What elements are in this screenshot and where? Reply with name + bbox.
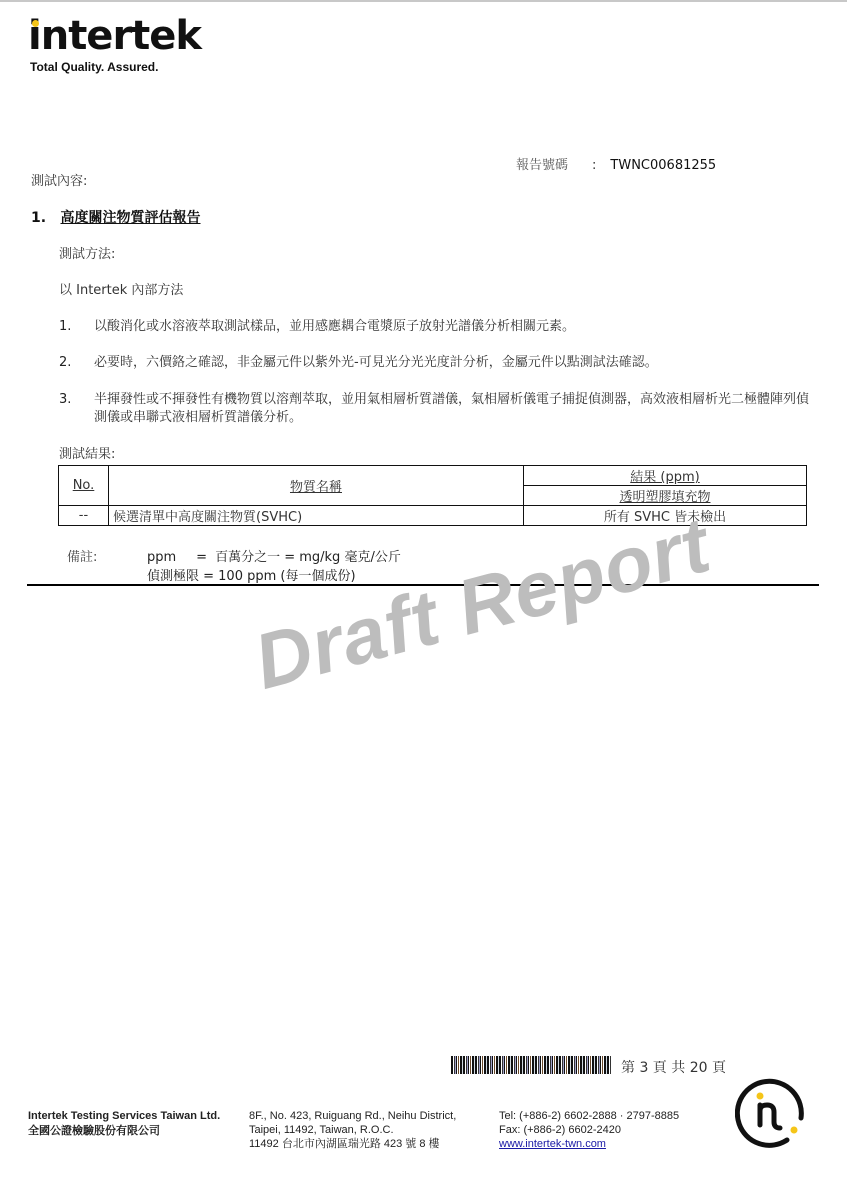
- notes-label: 備註:: [67, 546, 97, 565]
- cell-no: --: [59, 506, 109, 526]
- results-label: 測試結果:: [59, 446, 115, 464]
- report-number: 報告號碼:TWNC00681255: [516, 154, 716, 173]
- company-name-zh: 全國公證檢驗股份有限公司: [28, 1124, 220, 1139]
- method-label: 測試方法:: [59, 246, 115, 264]
- method-item-number: 3.: [59, 392, 71, 407]
- section-title: 高度關注物質評估報告: [61, 210, 201, 226]
- method-item-text: 半揮發性或不揮發性有機物質以溶劑萃取，並用氣相層析質譜儀，氣相層析儀電子捕捉偵測…: [94, 391, 809, 427]
- section-number: 1.: [31, 210, 46, 226]
- logo-dot-icon: [32, 20, 39, 27]
- footer-address: 8F., No. 423, Ruiguang Rd., Neihu Distri…: [249, 1109, 456, 1151]
- address-line-1: 8F., No. 423, Ruiguang Rd., Neihu Distri…: [249, 1109, 456, 1123]
- notes-term: ppm: [147, 550, 176, 565]
- logo-wordmark: intertek: [28, 14, 201, 58]
- intertek-logo: intertek Total Quality. Assured.: [28, 14, 201, 74]
- header-substance: 物質名稱: [109, 466, 524, 506]
- report-number-label: 報告號碼: [516, 158, 568, 173]
- notes-equals: =: [196, 550, 207, 565]
- report-number-colon: :: [592, 158, 596, 173]
- footer-company: Intertek Testing Services Taiwan Ltd. 全國…: [28, 1109, 220, 1139]
- header-result: 結果 (ppm): [524, 466, 807, 486]
- method-text: 以 Intertek 內部方法: [59, 282, 183, 300]
- method-item-text: 以酸消化或水溶液萃取測試樣品，並用感應耦合電漿原子放射光譜儀分析相關元素。: [94, 318, 809, 336]
- phone-number: Tel: (+886-2) 6602-2888 · 2797-8885: [499, 1109, 679, 1123]
- footer-contact: Tel: (+886-2) 6602-2888 · 2797-8885 Fax:…: [499, 1109, 679, 1151]
- notes-definition: 百萬分之一 = mg/kg 毫克/公斤: [215, 550, 401, 565]
- fax-number: Fax: (+886-2) 6602-2420: [499, 1123, 679, 1137]
- method-item-number: 1.: [59, 319, 71, 334]
- page-indicator: 第 3 頁 共 20 頁: [621, 1057, 726, 1077]
- address-line-2: Taipei, 11492, Taiwan, R.O.C.: [249, 1123, 456, 1137]
- website-link[interactable]: www.intertek-twn.com: [499, 1138, 606, 1150]
- test-content-label: 測試內容:: [31, 173, 87, 191]
- address-line-3: 11492 台北市內湖區瑞光路 423 號 8 樓: [249, 1137, 456, 1151]
- notes-line-1: ppm=百萬分之一 = mg/kg 毫克/公斤: [147, 546, 401, 565]
- intertek-in-logo-icon: [735, 1078, 807, 1150]
- table-header-row: No. 物質名稱 結果 (ppm): [59, 466, 807, 486]
- header-no: No.: [59, 466, 109, 506]
- top-border: [0, 0, 847, 2]
- barcode: [451, 1056, 611, 1074]
- logo-text: intertek: [28, 13, 201, 59]
- method-item-text: 必要時，六價鉻之確認，非金屬元件以紫外光-可見光分光光度計分析，金屬元件以點測試…: [94, 354, 809, 372]
- company-name-en: Intertek Testing Services Taiwan Ltd.: [28, 1109, 220, 1124]
- header-sample: 透明塑膠填充物: [524, 486, 807, 506]
- section-heading: 1. 高度關注物質評估報告: [31, 209, 201, 227]
- logo-tagline: Total Quality. Assured.: [30, 60, 201, 74]
- method-item-number: 2.: [59, 355, 71, 370]
- cell-substance: 候選清單中高度關注物質(SVHC): [109, 506, 524, 526]
- draft-watermark: Draft Report: [245, 499, 720, 708]
- report-number-value: TWNC00681255: [610, 158, 716, 173]
- notes-line-2: 偵測極限 = 100 ppm (每一個成份): [147, 565, 356, 584]
